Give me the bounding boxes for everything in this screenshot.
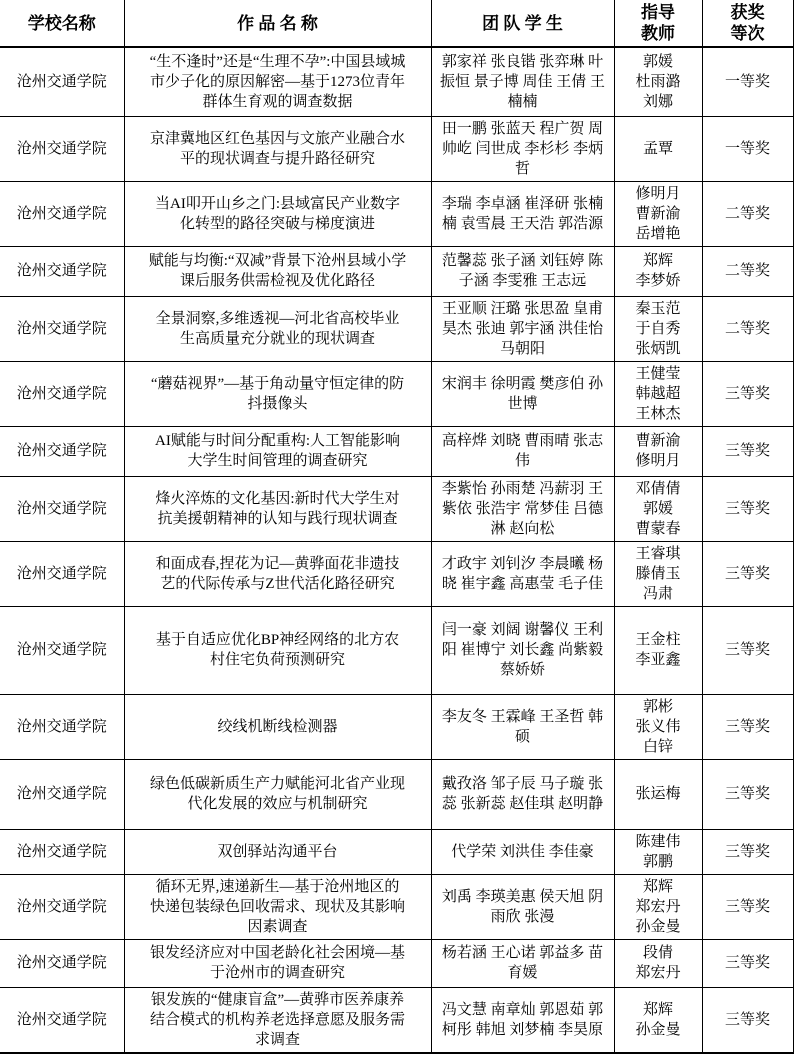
students-cell: 田一鹏 张蓝天 程广贺 周帅屹 闫世成 李杉杉 李炳哲 [431,116,614,181]
school-cell: 沧州交通学院 [0,759,124,829]
table-row: 沧州交通学院 基于自适应优化BP神经网络的北方农村住宅负荷预测研究 闫一豪 刘阔… [0,606,793,694]
teachers-cell: 秦玉范 于自秀 张炳凯 [614,296,702,361]
school-cell: 沧州交通学院 [0,296,124,361]
header-teachers: 指导 教师 [614,0,702,47]
school-cell: 沧州交通学院 [0,181,124,246]
teachers-cell: 修明月 曹新渝 岳增艳 [614,181,702,246]
students-cell: 高梓烨 刘晓 曹雨晴 张志伟 [431,426,614,476]
students-cell: 冯文慧 南章灿 郭恩茹 郭柯彤 韩旭 刘梦楠 李昊原 [431,987,614,1053]
table-row: 沧州交通学院 “蘑菇视界”—基于角动量守恒定律的防抖摄像头 宋润丰 徐明霞 樊彦… [0,361,793,426]
students-cell: 闫一豪 刘阔 谢馨仪 王利阳 崔博宁 刘长鑫 尚紫毅 蔡娇娇 [431,606,614,694]
school-cell: 沧州交通学院 [0,246,124,296]
teachers-cell: 郭媛 杜雨潞 刘娜 [614,47,702,116]
award-cell: 三等奖 [702,939,793,987]
title-cell: 京津冀地区红色基因与文旅产业融合水平的现状调查与提升路径研究 [124,116,431,181]
table-row: 沧州交通学院 赋能与均衡:“双减”背景下沧州县域小学课后服务供需检视及优化路径 … [0,246,793,296]
header-title: 作 品 名 称 [124,0,431,47]
table-row: 沧州交通学院 全景洞察,多维透视—河北省高校毕业生高质量充分就业的现状调查 王亚… [0,296,793,361]
students-cell: 才政宇 刘钊汐 李晨曦 杨晓 崔宇鑫 高惠莹 毛子佳 [431,541,614,606]
teachers-cell: 郭彬 张义伟 白锌 [614,694,702,759]
school-cell: 沧州交通学院 [0,541,124,606]
teachers-cell: 陈建伟 郭鹏 [614,829,702,874]
students-cell: 宋润丰 徐明霞 樊彦伯 孙世博 [431,361,614,426]
award-cell: 三等奖 [702,541,793,606]
header-award: 获奖 等次 [702,0,793,47]
teachers-cell: 王金柱 李亚鑫 [614,606,702,694]
title-cell: 和面成春,捏花为记—黄骅面花非遗技艺的代际传承与Z世代活化路径研究 [124,541,431,606]
award-cell: 一等奖 [702,116,793,181]
students-cell: 代学荣 刘洪佳 李佳豪 [431,829,614,874]
teachers-cell: 王健莹 韩越超 王林杰 [614,361,702,426]
title-cell: 赋能与均衡:“双减”背景下沧州县域小学课后服务供需检视及优化路径 [124,246,431,296]
title-cell: 全景洞察,多维透视—河北省高校毕业生高质量充分就业的现状调查 [124,296,431,361]
teachers-cell: 郑辉 李梦娇 [614,246,702,296]
awards-table: 学校名称 作 品 名 称 团 队 学 生 指导 教师 获奖 等次 沧州交通学院 … [0,0,794,1054]
title-cell: AI赋能与时间分配重构:人工智能影响大学生时间管理的调查研究 [124,426,431,476]
award-cell: 三等奖 [702,829,793,874]
title-cell: 银发经济应对中国老龄化社会困境—基于沧州市的调查研究 [124,939,431,987]
teachers-cell: 段倩 郑宏丹 [614,939,702,987]
title-cell: 循环无界,速递新生—基于沧州地区的快递包装绿色回收需求、现状及其影响因素调查 [124,874,431,939]
teachers-cell: 邓倩倩 郭媛 曹蒙春 [614,476,702,541]
table-row: 沧州交通学院 绿色低碳新质生产力赋能河北省产业现代化发展的效应与机制研究 戴孜洛… [0,759,793,829]
table-row: 沧州交通学院 京津冀地区红色基因与文旅产业融合水平的现状调查与提升路径研究 田一… [0,116,793,181]
title-cell: 当AI叩开山乡之门:县域富民产业数字化转型的路径突破与梯度演进 [124,181,431,246]
school-cell: 沧州交通学院 [0,476,124,541]
students-cell: 李紫怡 孙雨楚 冯薪羽 王紫依 张浩宇 常梦佳 吕德淋 赵向松 [431,476,614,541]
title-cell: 绿色低碳新质生产力赋能河北省产业现代化发展的效应与机制研究 [124,759,431,829]
students-cell: 杨若涵 王心诺 郭益多 苗育媛 [431,939,614,987]
header-students: 团 队 学 生 [431,0,614,47]
title-cell: “蘑菇视界”—基于角动量守恒定律的防抖摄像头 [124,361,431,426]
school-cell: 沧州交通学院 [0,694,124,759]
school-cell: 沧州交通学院 [0,116,124,181]
title-cell: 双创驿站沟通平台 [124,829,431,874]
table-row: 沧州交通学院 当AI叩开山乡之门:县域富民产业数字化转型的路径突破与梯度演进 李… [0,181,793,246]
students-cell: 郭家祥 张良锴 张弈琳 叶振恒 景子博 周佳 王倩 王楠楠 [431,47,614,116]
award-cell: 三等奖 [702,606,793,694]
award-cell: 三等奖 [702,476,793,541]
award-cell: 三等奖 [702,987,793,1053]
school-cell: 沧州交通学院 [0,987,124,1053]
teachers-cell: 王睿琪 滕倩玉 冯肃 [614,541,702,606]
school-cell: 沧州交通学院 [0,829,124,874]
table-row: 沧州交通学院 烽火淬炼的文化基因:新时代大学生对抗美援朝精神的认知与践行现状调查… [0,476,793,541]
students-cell: 戴孜洛 邹子辰 马子璇 张蕊 张新蕊 赵佳琪 赵明静 [431,759,614,829]
school-cell: 沧州交通学院 [0,874,124,939]
students-cell: 范馨蕊 张子涵 刘钰婷 陈子涵 李雯雅 王志远 [431,246,614,296]
school-cell: 沧州交通学院 [0,361,124,426]
school-cell: 沧州交通学院 [0,606,124,694]
header-school: 学校名称 [0,0,124,47]
students-cell: 刘禹 李瑛美惠 侯天旭 阴雨欣 张漫 [431,874,614,939]
title-cell: “生不逢时”还是“生理不孕”:中国县域城市少子化的原因解密—基于1273位青年群… [124,47,431,116]
award-cell: 二等奖 [702,296,793,361]
title-cell: 银发族的“健康盲盒”—黄骅市医养康养结合模式的机构养老选择意愿及服务需求调查 [124,987,431,1053]
award-cell: 三等奖 [702,361,793,426]
table-row: 沧州交通学院 循环无界,速递新生—基于沧州地区的快递包装绿色回收需求、现状及其影… [0,874,793,939]
title-cell: 基于自适应优化BP神经网络的北方农村住宅负荷预测研究 [124,606,431,694]
award-cell: 三等奖 [702,874,793,939]
award-cell: 二等奖 [702,246,793,296]
table-row: 沧州交通学院 和面成春,捏花为记—黄骅面花非遗技艺的代际传承与Z世代活化路径研究… [0,541,793,606]
table-row: 沧州交通学院 “生不逢时”还是“生理不孕”:中国县域城市少子化的原因解密—基于1… [0,47,793,116]
teachers-cell: 曹新渝 修明月 [614,426,702,476]
award-cell: 三等奖 [702,694,793,759]
table-row: 沧州交通学院 银发族的“健康盲盒”—黄骅市医养康养结合模式的机构养老选择意愿及服… [0,987,793,1053]
students-cell: 王亚顺 汪璐 张思盈 皇甫昊杰 张迪 郭宇涵 洪佳怡 马朝阳 [431,296,614,361]
table-row: 沧州交通学院 绞线机断线检测器 李友冬 王霖峰 王圣哲 韩硕 郭彬 张义伟 白锌… [0,694,793,759]
table-row: 沧州交通学院 AI赋能与时间分配重构:人工智能影响大学生时间管理的调查研究 高梓… [0,426,793,476]
teachers-cell: 郑辉 郑宏丹 孙金曼 [614,874,702,939]
teachers-cell: 张运梅 [614,759,702,829]
teachers-cell: 郑辉 孙金曼 [614,987,702,1053]
school-cell: 沧州交通学院 [0,426,124,476]
school-cell: 沧州交通学院 [0,47,124,116]
award-cell: 三等奖 [702,759,793,829]
title-cell: 绞线机断线检测器 [124,694,431,759]
students-cell: 李友冬 王霖峰 王圣哲 韩硕 [431,694,614,759]
students-cell: 李瑞 李卓涵 崔泽研 张楠楠 袁雪晨 王天浩 郭浩源 [431,181,614,246]
award-cell: 一等奖 [702,47,793,116]
table-row: 沧州交通学院 双创驿站沟通平台 代学荣 刘洪佳 李佳豪 陈建伟 郭鹏 三等奖 [0,829,793,874]
title-cell: 烽火淬炼的文化基因:新时代大学生对抗美援朝精神的认知与践行现状调查 [124,476,431,541]
award-cell: 三等奖 [702,426,793,476]
teachers-cell: 孟覃 [614,116,702,181]
table-row: 沧州交通学院 银发经济应对中国老龄化社会困境—基于沧州市的调查研究 杨若涵 王心… [0,939,793,987]
school-cell: 沧州交通学院 [0,939,124,987]
award-cell: 二等奖 [702,181,793,246]
header-row: 学校名称 作 品 名 称 团 队 学 生 指导 教师 获奖 等次 [0,0,793,47]
